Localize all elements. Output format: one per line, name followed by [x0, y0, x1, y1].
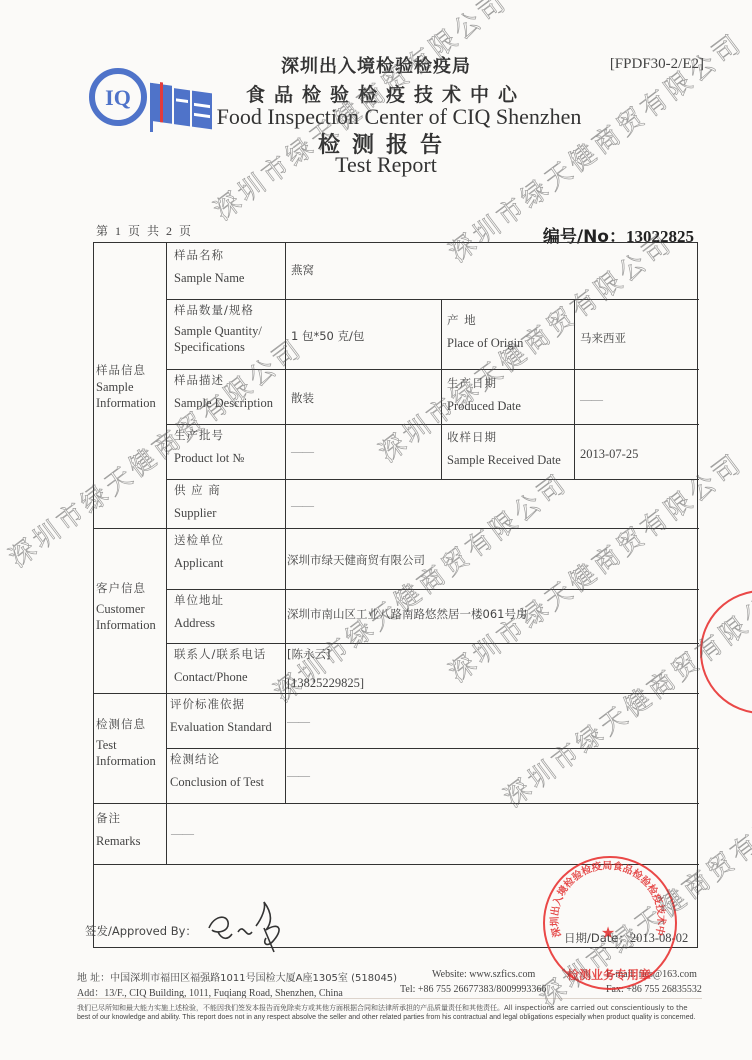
approved-by-label: 签发/Approved By：: [85, 923, 197, 940]
label-evaluation-standard: 评价标准依据 Evaluation Standard: [170, 697, 272, 735]
section-test-info: 检测信息 Test Information: [92, 717, 168, 770]
footer-tel: Tel: +86 755 26677383/8009993366: [400, 984, 546, 995]
label-product-lot: 生产批号 Product lot №: [174, 428, 244, 466]
section-customer-info: 客户信息 Customer Information: [92, 581, 168, 634]
svg-text:★: ★: [601, 925, 615, 942]
footer-address-cn: 地 址：中国深圳市福田区福强路1011号国检大厦A座1305室 (518045): [77, 969, 397, 984]
signature: [204, 888, 314, 963]
disclaimer-line-1: 我们已尽所知和最大能力实施上述检验，不能因我们签发本报告而免除卖方或其他方面根据…: [77, 1003, 688, 1013]
section-sample-info: 样品信息 Sample Information: [92, 363, 168, 412]
label-applicant: 送检单位 Applicant: [174, 533, 224, 571]
seam-stamp: [700, 590, 752, 714]
footer-address-en: Add：13/F., CIQ Building, 1011, Fuqiang R…: [77, 984, 343, 999]
value-place-of-origin: 马来西亚: [580, 331, 626, 347]
value-produced-date: ——: [580, 391, 602, 407]
value-address: 深圳市南山区工业八路南路悠然居一楼061号房: [287, 607, 527, 623]
footer-divider: [77, 998, 702, 999]
label-address: 单位地址 Address: [174, 593, 224, 631]
value-remarks: ——: [171, 825, 193, 841]
label-sample-description: 样品描述 Sample Description: [174, 373, 273, 411]
label-supplier: 供 应 商 Supplier: [174, 483, 221, 521]
label-place-of-origin: 产 地 Place of Origin: [447, 313, 523, 351]
value-sample-name: 燕窝: [291, 263, 314, 279]
stamp-label: 检测业务专用章: [567, 966, 651, 983]
value-sample-quantity: 1 包*50 克/包: [291, 329, 364, 345]
label-sample-quantity: 样品数量/规格 Sample Quantity/ Specifications: [174, 303, 284, 356]
report-table: 样品信息 Sample Information 客户信息 Customer In…: [93, 242, 698, 948]
value-conclusion: ——: [287, 767, 309, 783]
value-contact-name: [陈永云]: [287, 647, 330, 663]
label-produced-date: 生产日期 Produced Date: [447, 376, 521, 414]
value-evaluation-standard: ——: [287, 713, 309, 729]
label-sample-received-date: 收样日期 Sample Received Date: [447, 430, 561, 468]
center-title-cn: 食品检验检疫技术中心: [0, 80, 752, 107]
value-sample-received-date: 2013-07-25: [580, 446, 638, 463]
value-sample-description: 散装: [291, 391, 314, 407]
section-remarks: 备注 Remarks: [92, 811, 168, 849]
value-product-lot: ——: [291, 443, 313, 459]
center-title-en: Food Inspection Center of CIQ Shenzhen: [0, 104, 752, 130]
value-applicant: 深圳市绿天健商贸有限公司: [287, 553, 425, 569]
page-indicator: 第 1 页 共 2 页: [96, 222, 193, 239]
disclaimer-line-2: best of our knowledge and ability. This …: [77, 1014, 695, 1021]
report-title-en: Test Report: [0, 152, 752, 178]
value-supplier: ——: [291, 497, 313, 513]
label-sample-name: 样品名称 Sample Name: [174, 248, 244, 286]
value-contact-phone: [13825229825]: [287, 675, 364, 692]
bureau-title: 深圳出入境检验检疫局: [0, 52, 752, 78]
footer-website[interactable]: Website: www.szfics.com: [432, 969, 535, 980]
label-contact: 联系人/联系电话 Contact/Phone: [174, 647, 266, 685]
label-conclusion: 检测结论 Conclusion of Test: [170, 752, 264, 790]
